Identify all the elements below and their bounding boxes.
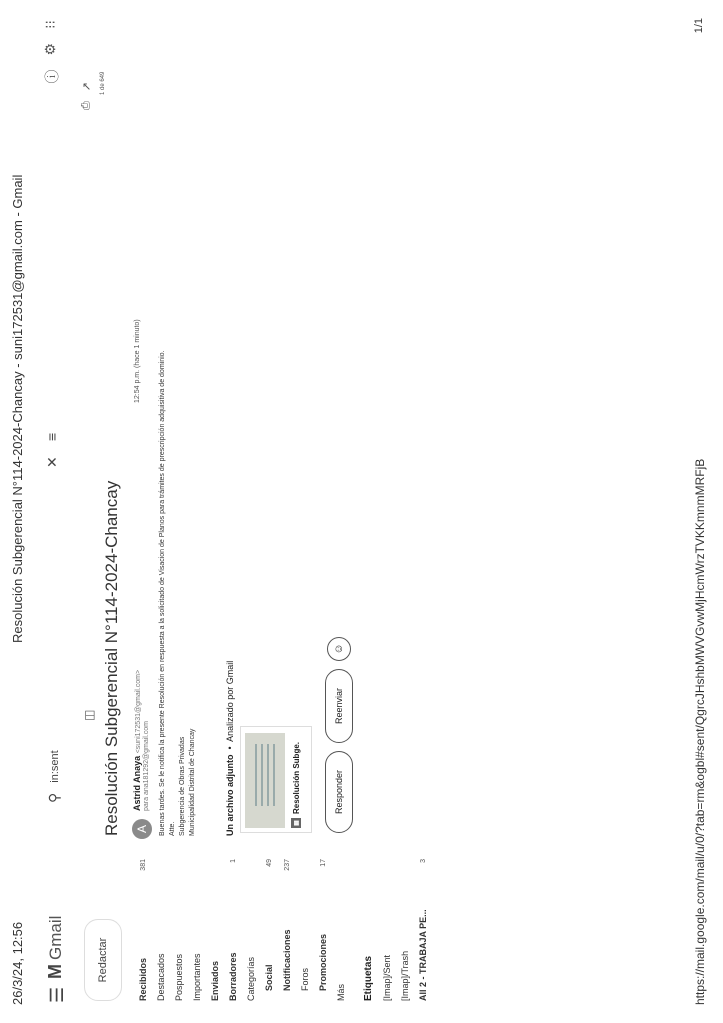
sidebar-item-label: Borradores	[228, 952, 238, 1001]
header-actions: ⓘ ⚙ ⁝⁝	[42, 20, 62, 83]
message-actions: ⎙ ↗	[80, 82, 93, 110]
sidebar-item[interactable]: Foros	[296, 851, 314, 1001]
sidebar-nav: Recibidos381DestacadosPospuestosImportan…	[134, 851, 432, 1001]
unread-count: 237	[284, 851, 291, 871]
attachment-scan-status: Analizado por Gmail	[225, 661, 235, 742]
sidebar-item[interactable]: Recibidos381	[134, 851, 152, 1001]
emoji-react-icon[interactable]: ☺	[327, 637, 351, 661]
compose-button[interactable]: Redactar	[84, 919, 122, 1001]
unread-count: 17	[320, 851, 327, 867]
sidebar-item[interactable]: Enviados	[206, 851, 224, 1001]
sender-email: <suni172531@gmail.com>	[135, 670, 142, 753]
open-new-window-icon[interactable]: ↗	[80, 82, 93, 91]
reply-actions: Responder Reenviar ☺	[325, 637, 353, 833]
attachment-thumbnail	[245, 733, 285, 828]
close-icon[interactable]: ✕	[44, 456, 61, 468]
pdf-icon: ▦	[291, 818, 301, 828]
print-url: https://mail.google.com/mail/u/0/?tab=rm…	[693, 459, 707, 1005]
sidebar-item-label: Enviados	[210, 961, 220, 1001]
body-line: Buenas tardes. Se le notifica la present…	[158, 351, 168, 837]
body-line: Atte.	[168, 351, 178, 837]
message-body: Buenas tardes. Se le notifica la present…	[158, 351, 198, 837]
sidebar-item[interactable]: Pospuestos	[170, 851, 188, 1001]
gmail-print-page: 26/3/24, 12:56 Resolución Subgerencial N…	[0, 0, 723, 1023]
app-name: Gmail	[46, 916, 66, 960]
unread-count: 1	[230, 851, 237, 863]
sidebar-item[interactable]: Promociones17	[314, 851, 332, 1001]
sidebar-item[interactable]: [Imap]/Sent	[378, 851, 396, 1001]
print-page-number: 1/1	[693, 18, 705, 33]
message-counter: 1 de 649	[100, 72, 106, 95]
print-datetime: 26/3/24, 12:56	[10, 922, 25, 1005]
recipient: para ana181292@gmail.com	[143, 721, 150, 811]
gmail-logo[interactable]: M Gmail	[45, 916, 66, 979]
sidebar-item[interactable]: Notificaciones237	[278, 851, 296, 1001]
archive-icon[interactable]: ◫	[82, 710, 96, 721]
settings-icon[interactable]: ⚙	[42, 43, 62, 56]
sidebar-item-label: Destacados	[156, 953, 166, 1001]
sidebar-item-label: All 2 - TRABAJA PE...	[418, 909, 428, 1001]
attachment-heading: Un archivo adjunto • Analizado por Gmail	[225, 661, 235, 836]
attachment-name: ▦ Resolución Subge.	[291, 742, 301, 828]
sidebar-item-label: Importantes	[192, 953, 202, 1001]
sidebar-item[interactable]: All 2 - TRABAJA PE...3	[414, 851, 432, 1001]
print-icon[interactable]: ⎙	[80, 101, 93, 110]
attachment-filename: Resolución Subge.	[292, 742, 301, 814]
reply-button[interactable]: Responder	[325, 751, 353, 833]
sidebar-item-label: Recibidos	[138, 958, 148, 1001]
sidebar-item-label: Promociones	[318, 934, 328, 1001]
unread-count: 3	[420, 851, 427, 863]
sidebar-item-label: Pospuestos	[174, 954, 184, 1001]
unread-count: 49	[266, 851, 273, 867]
search-bar[interactable]: ⚲ in:sent	[46, 750, 63, 803]
sidebar-item-label: [Imap]/Sent	[382, 955, 392, 1001]
avatar: A	[132, 819, 152, 839]
tune-icon[interactable]: ≡	[44, 433, 60, 441]
sidebar-item[interactable]: Importantes	[188, 851, 206, 1001]
sender: Astrid Anaya <suni172531@gmail.com>	[132, 670, 142, 811]
sidebar-item-label: Foros	[300, 968, 310, 1001]
sender-name: Astrid Anaya	[132, 756, 142, 811]
unread-count: 381	[140, 851, 147, 871]
labels-heading: Etiquetas	[358, 851, 378, 1001]
sidebar-item[interactable]: Destacados	[152, 851, 170, 1001]
sidebar-item[interactable]: Categorías	[242, 851, 260, 1001]
sidebar-item-label: [Imap]/Trash	[400, 951, 410, 1001]
message-subject: Resolución Subgerencial N°114-2024-Chanc…	[102, 481, 122, 836]
sidebar-item-label: Social	[264, 964, 274, 1001]
attachment-card[interactable]: ▦ Resolución Subge.	[240, 726, 312, 833]
menu-icon[interactable]: ☰	[47, 987, 68, 1003]
sidebar-item[interactable]: Social49	[260, 851, 278, 1001]
forward-button[interactable]: Reenviar	[325, 669, 353, 743]
sidebar-item-label: Categorías	[246, 957, 256, 1001]
search-input[interactable]: in:sent	[49, 750, 61, 782]
help-icon[interactable]: ⓘ	[42, 69, 62, 83]
sidebar-item[interactable]: Borradores1	[224, 851, 242, 1001]
body-line: Municipalidad Distrital de Chancay	[188, 351, 198, 837]
sidebar-item-label: Notificaciones	[282, 929, 292, 1001]
body-line: Subgerencia de Obras Privadas	[178, 351, 188, 837]
sidebar-item[interactable]: Más	[332, 851, 350, 1001]
search-icon[interactable]: ⚲	[46, 793, 63, 803]
print-doc-title: Resolución Subgerencial N°114-2024-Chanc…	[10, 175, 25, 643]
message-time: 12:54 p.m. (hace 1 minuto)	[134, 319, 141, 403]
sidebar-item-label: Más	[336, 984, 346, 1001]
sidebar-item[interactable]: [Imap]/Trash	[396, 851, 414, 1001]
apps-icon[interactable]: ⁝⁝	[42, 20, 62, 29]
gmail-m-icon: M	[45, 964, 66, 979]
attachment-count: Un archivo adjunto	[225, 754, 235, 836]
